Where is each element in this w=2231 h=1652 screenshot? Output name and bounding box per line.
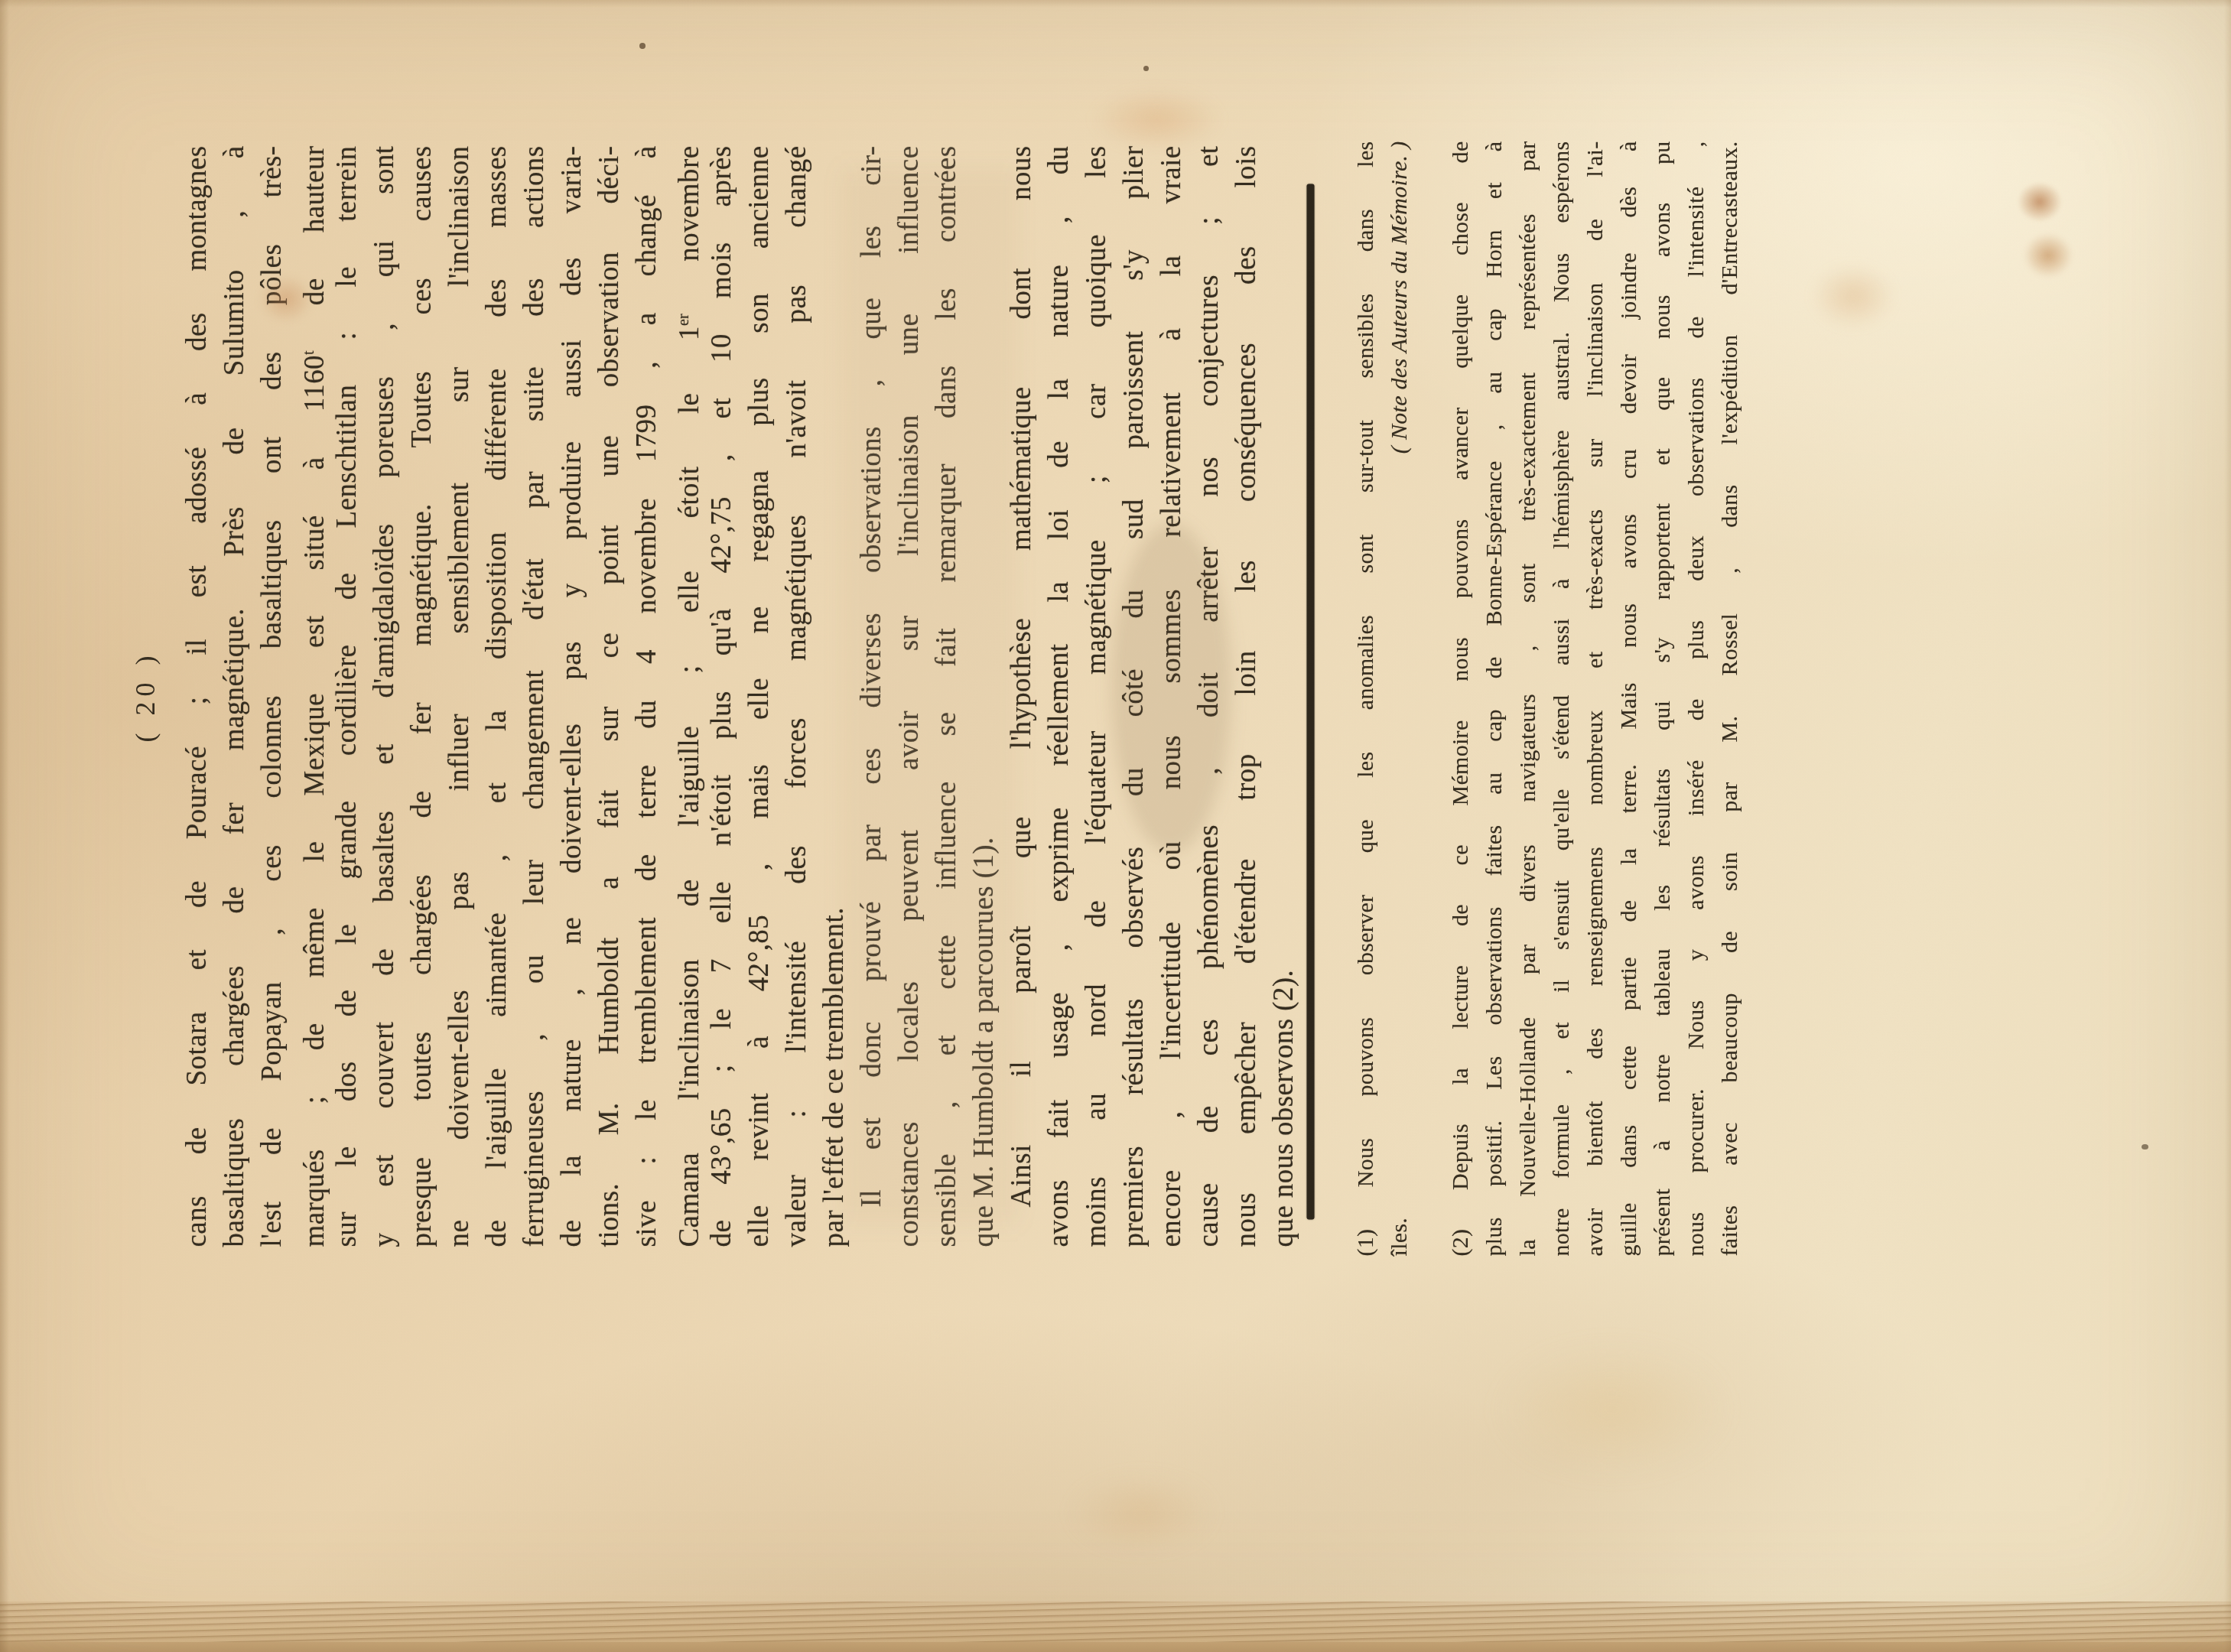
text-line: avons fait usage , exprime réellement la…: [1039, 145, 1077, 1247]
text-line: cans de Sotara et de Pouracé ; il est ad…: [177, 145, 215, 1247]
scanned-book-page: ( 20 ) cans de Sotara et de Pouracé ; il…: [0, 0, 2231, 1652]
footnote-separator-rule: [1306, 184, 1314, 1219]
footnote-2-line: nous procurer. Nous y avons inséré de pl…: [1679, 141, 1712, 1256]
line-segment: novembre: [673, 145, 704, 314]
text-line: marqués ; de même le Mexique est situé à…: [290, 145, 327, 1247]
text-line: tions. M. Humboldt a fait sur ce point u…: [590, 145, 627, 1247]
footnote-2-line: présent à notre tableau les résultats qu…: [1645, 141, 1679, 1256]
text-line: sur le dos de le grande cordilière de Le…: [327, 145, 365, 1247]
footnote-2-line: (2) Depuis la lecture de ce Mémoire nous…: [1443, 141, 1477, 1256]
text-line: valeur : l'intensité des forces magnétiq…: [777, 145, 815, 1247]
ink-speck: [1143, 66, 1149, 71]
text-line: sive : le tremblement de terre du 4 nove…: [627, 145, 665, 1247]
footnotes: (1) Nous pouvons observer que les anomal…: [1348, 141, 1746, 1256]
line-segment: marqués ; de même le Mexique est situé à…: [298, 355, 330, 1247]
text-line-paragraph-end: que nous observons (2).: [1264, 145, 1302, 1247]
text-line: basaltiques chargées de fer magnétique. …: [215, 145, 252, 1247]
footnote-gap: [1416, 141, 1443, 1256]
text-line: de 43°,65 ; le 7 elle n'étoit plus qu'à …: [702, 145, 740, 1247]
text-line: ferrugineuses , ou leur changement d'éta…: [515, 145, 552, 1247]
page-number: ( 20 ): [128, 145, 161, 1247]
footnote-2-line: faites avec beaucoup de soin par M. Ross…: [1712, 141, 1746, 1256]
ink-speck: [2142, 1144, 2148, 1150]
footnote-attribution: ( Note des Auteurs du Mémoire. ): [1382, 141, 1416, 454]
text-line: moins au nord de l'équateur magnétique ;…: [1077, 145, 1114, 1247]
text-line: elle revint à 42°,85 , mais elle ne rega…: [740, 145, 777, 1247]
text-line: y est couvert de basaltes et d'amigdaloï…: [365, 145, 402, 1247]
book-page-edges-dark: [0, 1642, 2231, 1652]
page-edge-shadow-right: [2224, 0, 2231, 1652]
footnote-2-line: avoir bientôt des renseignemens nombreux…: [1578, 141, 1611, 1256]
line-segment: de hauteur: [298, 145, 330, 350]
footnote-1-line: îles. ( Note des Auteurs du Mémoire. ): [1382, 141, 1416, 1256]
text-line: ne doivent-elles pas influer sensiblemen…: [440, 145, 477, 1247]
text-line: nous empêcher d'étendre trop loin les co…: [1227, 145, 1264, 1247]
ink-smudge: [1111, 523, 1231, 852]
text-line: de la nature , ne doivent-elles pas y pr…: [552, 145, 590, 1247]
rotated-page-content: ( 20 ) cans de Sotara et de Pouracé ; il…: [0, 0, 2231, 1652]
ink-showthrough: [841, 168, 1017, 1224]
page-edge-shadow-left: [0, 0, 9, 1652]
footnote-2-line: notre formule , et il s'ensuit qu'elle s…: [1544, 141, 1578, 1256]
footnote-1-end: îles.: [1382, 1217, 1416, 1256]
superscript-unit: t: [300, 350, 317, 355]
text-line: de l'aiguille aimantée , et la dispositi…: [477, 145, 515, 1247]
footnote-2-line: guille dans cette partie de la terre. Ma…: [1611, 141, 1645, 1256]
ink-speck: [639, 43, 646, 49]
footnote-2-line: plus positif. Les observations faites au…: [1477, 141, 1511, 1256]
page-edge-shadow-top: [0, 0, 2231, 8]
footnote-2-line: la Nouvelle-Hollande par divers navigate…: [1511, 141, 1544, 1256]
superscript-ordinal: er: [675, 314, 691, 326]
footnote-1-line: (1) Nous pouvons observer que les anomal…: [1348, 141, 1382, 1256]
line-segment: Camana l'inclinaison de l'aiguille ; ell…: [673, 326, 704, 1247]
text-line: Camana l'inclinaison de l'aiguille ; ell…: [665, 145, 702, 1247]
text-line: presque toutes chargées de fer magnétiqu…: [402, 145, 440, 1247]
text-line: l'est de Popayan , ces colonnes basaltiq…: [252, 145, 290, 1247]
